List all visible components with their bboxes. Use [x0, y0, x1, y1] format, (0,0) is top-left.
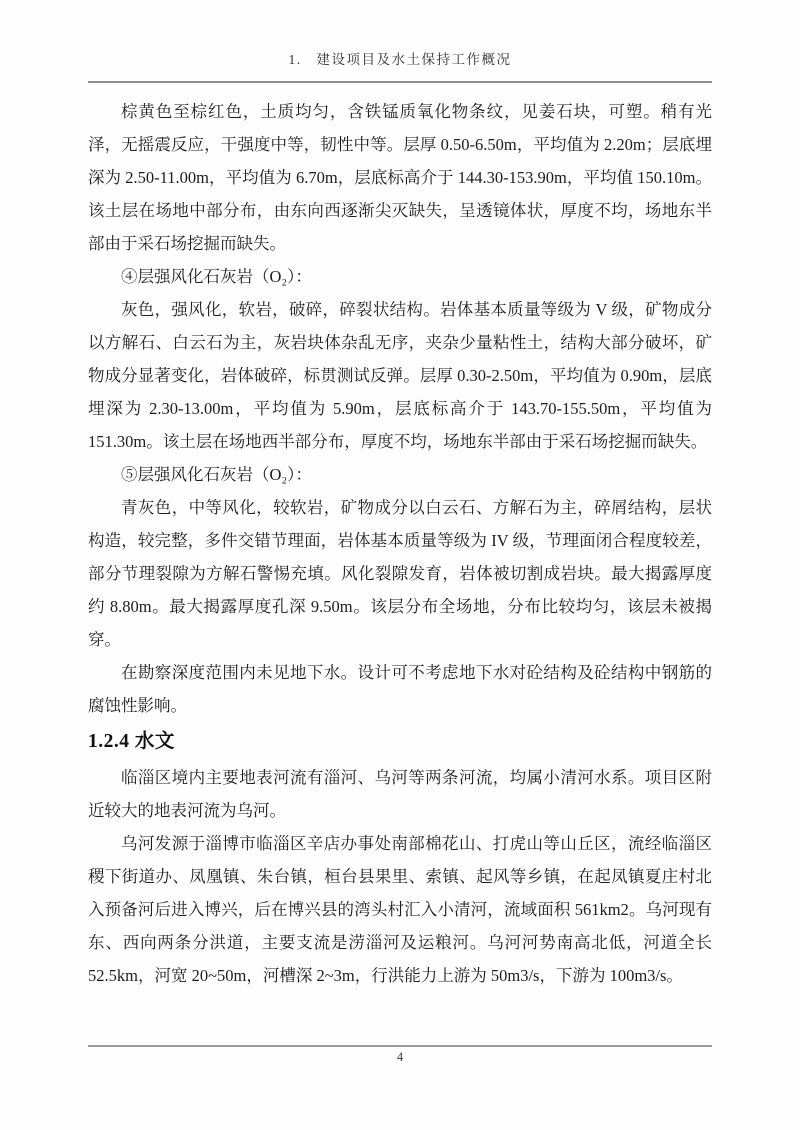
subheading-layer5-limestone: ⑤层强风化石灰岩（O₂）：: [88, 458, 712, 491]
subheading-layer4-limestone: ④层强风化石灰岩（O₂）：: [88, 260, 712, 293]
paragraph-groundwater-note: 在勘察深度范围内未见地下水。设计可不考虑地下水对砼结构及砼结构中钢筋的腐蚀性影响…: [88, 656, 712, 722]
document-page: 1. 建设项目及水土保持工作概况 棕黄色至棕红色，土质均匀，含铁锰质氧化物条纹，…: [0, 0, 800, 1130]
document-body: 棕黄色至棕红色，土质均匀，含铁锰质氧化物条纹，见姜石块，可塑。稍有光泽，无摇震反…: [88, 95, 712, 992]
running-header-title: 1. 建设项目及水土保持工作概况: [288, 52, 511, 67]
paragraph-soil-layer-description: 棕黄色至棕红色，土质均匀，含铁锰质氧化物条纹，见姜石块，可塑。稍有光泽，无摇震反…: [88, 95, 712, 260]
paragraph-wuhe-river-detail: 乌河发源于淄博市临淄区辛店办事处南部棉花山、打虎山等山丘区，流经临淄区稷下街道办…: [88, 827, 712, 992]
page-footer: 4: [88, 1045, 712, 1065]
paragraph-layer4-description: 灰色，强风化，软岩，破碎，碎裂状结构。岩体基本质量等级为 V 级，矿物成分以方解…: [88, 293, 712, 458]
running-header: 1. 建设项目及水土保持工作概况: [88, 48, 712, 83]
paragraph-rivers-overview: 临淄区境内主要地表河流有淄河、乌河等两条河流，均属小清河水系。项目区附近较大的地…: [88, 761, 712, 827]
paragraph-layer5-description: 青灰色，中等风化，较软岩，矿物成分以白云石、方解石为主，碎屑结构，层状构造，较完…: [88, 491, 712, 656]
section-heading-hydrology: 1.2.4 水文: [88, 725, 712, 759]
page-number: 4: [397, 1050, 403, 1064]
